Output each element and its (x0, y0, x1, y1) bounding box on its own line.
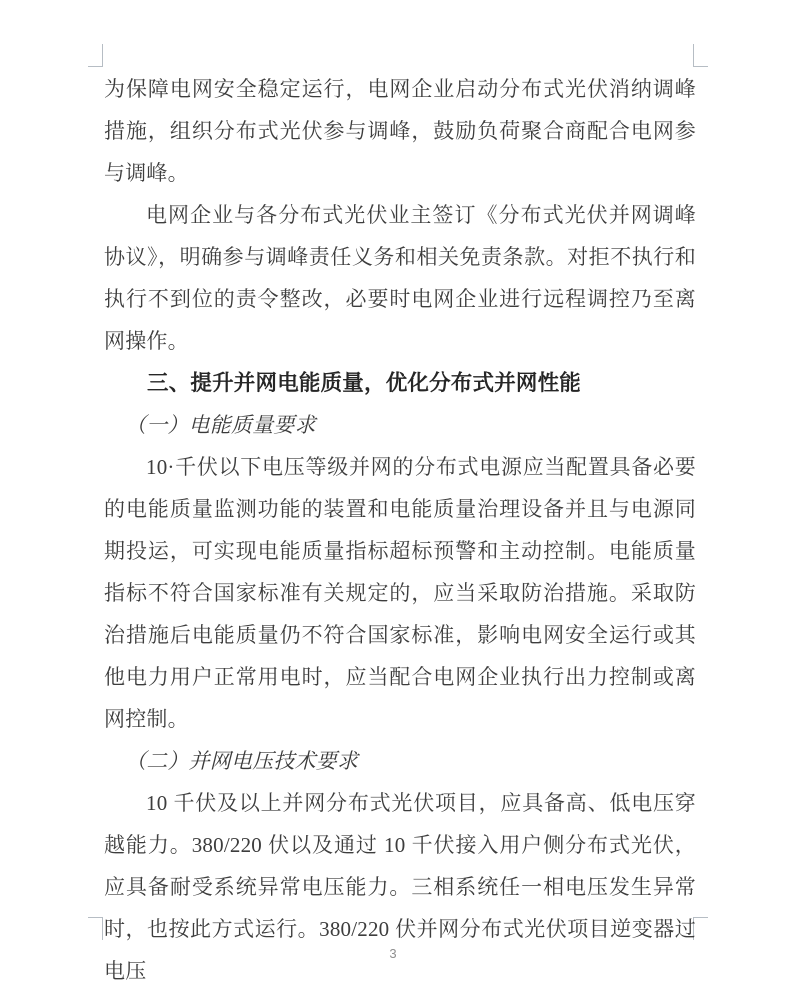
section-heading: 三、提升并网电能质量，优化分布式并网性能 (104, 362, 696, 404)
page-number: 3 (0, 946, 786, 961)
subsection-heading-2: （二）并网电压技术要求 (104, 740, 696, 782)
margin-crop-mark-bottom-left (88, 917, 103, 940)
document-text-area: 为保障电网安全稳定运行，电网企业启动分布式光伏消纳调峰措施，组织分布式光伏参与调… (104, 68, 696, 992)
margin-crop-mark-top-right (693, 44, 708, 67)
paragraph: 10·千伏以下电压等级并网的分布式电源应当配置具备必要的电能质量监测功能的装置和… (104, 446, 696, 740)
paragraph: 电网企业与各分布式光伏业主签订《分布式光伏并网调峰协议》，明确参与调峰责任义务和… (104, 194, 696, 362)
paragraph-continuation: 为保障电网安全稳定运行，电网企业启动分布式光伏消纳调峰措施，组织分布式光伏参与调… (104, 68, 696, 194)
document-page: 为保障电网安全稳定运行，电网企业启动分布式光伏消纳调峰措施，组织分布式光伏参与调… (0, 0, 786, 1001)
margin-crop-mark-top-left (88, 44, 103, 67)
subsection-heading-1: （一）电能质量要求 (104, 404, 696, 446)
